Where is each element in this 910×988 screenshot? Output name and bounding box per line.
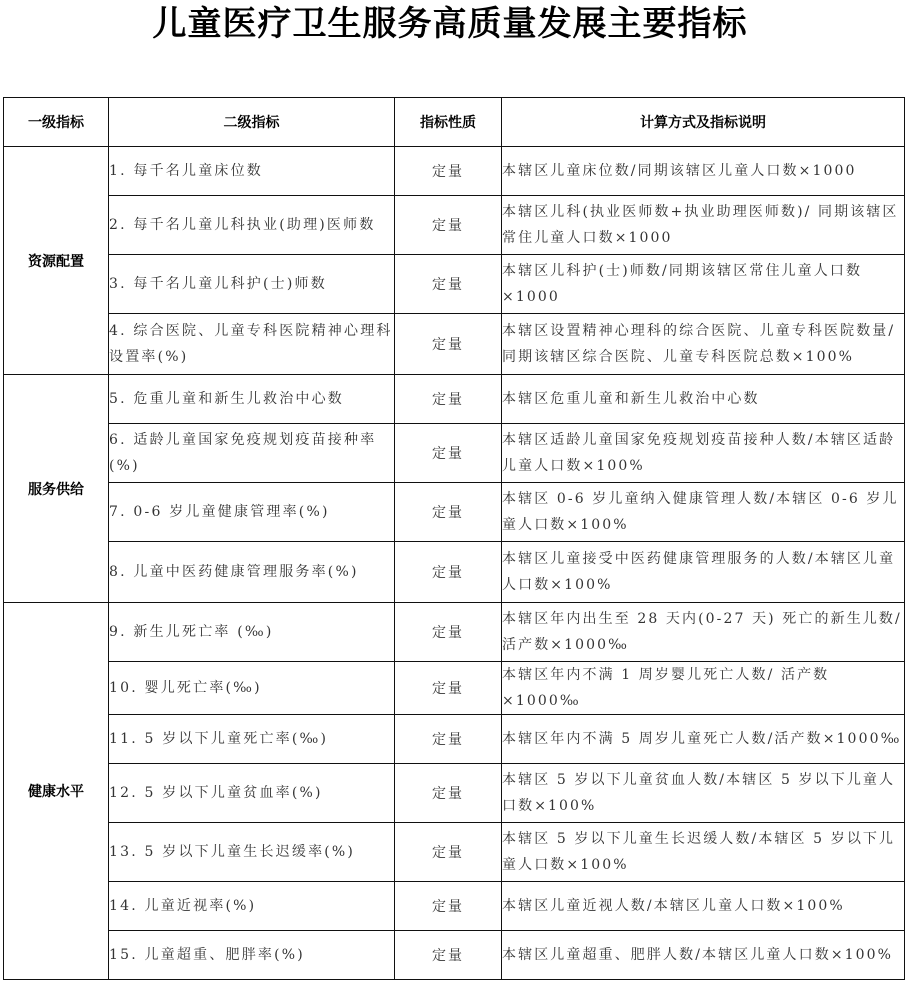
indicator-method: 本辖区 5 岁以下儿童生长迟缓人数/本辖区 5 岁以下儿童人口数×100% <box>502 823 905 882</box>
indicator-nature: 定量 <box>395 314 502 375</box>
indicator-name: 1. 每千名儿童床位数 <box>109 147 395 196</box>
indicator-name: 14. 儿童近视率(%) <box>109 882 395 931</box>
indicator-method: 本辖区危重儿童和新生儿救治中心数 <box>502 375 905 424</box>
indicator-method: 本辖区适龄儿童国家免疫规划疫苗接种人数/本辖区适龄儿童人口数×100% <box>502 424 905 483</box>
table-row: 2. 每千名儿童儿科执业(助理)医师数 定量 本辖区儿科(执业医师数+执业助理医… <box>4 196 905 255</box>
indicator-nature: 定量 <box>395 603 502 662</box>
indicator-method: 本辖区儿童接受中医药健康管理服务的人数/本辖区儿童人口数×100% <box>502 542 905 603</box>
indicator-method: 本辖区年内不满 5 周岁儿童死亡人数/活产数×1000‰ <box>502 715 905 764</box>
indicator-method: 本辖区设置精神心理科的综合医院、儿童专科医院数量/同期该辖区综合医院、儿童专科医… <box>502 314 905 375</box>
table-header-row: 一级指标 二级指标 指标性质 计算方式及指标说明 <box>4 98 905 147</box>
header-nature: 指标性质 <box>395 98 502 147</box>
indicator-nature: 定量 <box>395 764 502 823</box>
table-row: 健康水平 9. 新生儿死亡率 (‰) 定量 本辖区年内出生至 28 天内(0-2… <box>4 603 905 662</box>
indicator-name: 9. 新生儿死亡率 (‰) <box>109 603 395 662</box>
indicator-method: 本辖区儿童超重、肥胖人数/本辖区儿童人口数×100% <box>502 931 905 980</box>
table-row: 10. 婴儿死亡率(‰) 定量 本辖区年内不满 1 周岁婴儿死亡人数/ 活产数×… <box>4 662 905 715</box>
table-row: 12. 5 岁以下儿童贫血率(%) 定量 本辖区 5 岁以下儿童贫血人数/本辖区… <box>4 764 905 823</box>
indicator-name: 6. 适龄儿童国家免疫规划疫苗接种率(%) <box>109 424 395 483</box>
indicator-method: 本辖区儿科护(士)师数/同期该辖区常住儿童人口数×1000 <box>502 255 905 314</box>
group-label-health: 健康水平 <box>4 603 109 980</box>
group-label-resource: 资源配置 <box>4 147 109 375</box>
indicator-nature: 定量 <box>395 662 502 715</box>
indicator-nature: 定量 <box>395 882 502 931</box>
indicator-nature: 定量 <box>395 931 502 980</box>
document-title: 儿童医疗卫生服务高质量发展主要指标 <box>0 2 900 46</box>
indicator-name: 15. 儿童超重、肥胖率(%) <box>109 931 395 980</box>
table-row: 资源配置 1. 每千名儿童床位数 定量 本辖区儿童床位数/同期该辖区儿童人口数×… <box>4 147 905 196</box>
indicator-nature: 定量 <box>395 715 502 764</box>
indicator-method: 本辖区儿童近视人数/本辖区儿童人口数×100% <box>502 882 905 931</box>
table-row: 14. 儿童近视率(%) 定量 本辖区儿童近视人数/本辖区儿童人口数×100% <box>4 882 905 931</box>
table-row: 3. 每千名儿童儿科护(士)师数 定量 本辖区儿科护(士)师数/同期该辖区常住儿… <box>4 255 905 314</box>
indicator-name: 12. 5 岁以下儿童贫血率(%) <box>109 764 395 823</box>
indicator-name: 7. 0-6 岁儿童健康管理率(%) <box>109 483 395 542</box>
indicator-nature: 定量 <box>395 196 502 255</box>
header-level2: 二级指标 <box>109 98 395 147</box>
group-label-service: 服务供给 <box>4 375 109 603</box>
table-row: 4. 综合医院、儿童专科医院精神心理科设置率(%) 定量 本辖区设置精神心理科的… <box>4 314 905 375</box>
table-row: 8. 儿童中医药健康管理服务率(%) 定量 本辖区儿童接受中医药健康管理服务的人… <box>4 542 905 603</box>
indicator-nature: 定量 <box>395 147 502 196</box>
indicator-nature: 定量 <box>395 424 502 483</box>
table-row: 11. 5 岁以下儿童死亡率(‰) 定量 本辖区年内不满 5 周岁儿童死亡人数/… <box>4 715 905 764</box>
indicator-method: 本辖区 0-6 岁儿童纳入健康管理人数/本辖区 0-6 岁儿童人口数×100% <box>502 483 905 542</box>
indicator-method: 本辖区年内出生至 28 天内(0-27 天) 死亡的新生儿数/活产数×1000‰ <box>502 603 905 662</box>
header-method: 计算方式及指标说明 <box>502 98 905 147</box>
indicator-nature: 定量 <box>395 375 502 424</box>
indicator-nature: 定量 <box>395 823 502 882</box>
indicator-nature: 定量 <box>395 483 502 542</box>
indicator-name: 8. 儿童中医药健康管理服务率(%) <box>109 542 395 603</box>
indicator-name: 5. 危重儿童和新生儿救治中心数 <box>109 375 395 424</box>
indicator-method: 本辖区儿科(执业医师数+执业助理医师数)/ 同期该辖区常住儿童人口数×1000 <box>502 196 905 255</box>
indicator-name: 11. 5 岁以下儿童死亡率(‰) <box>109 715 395 764</box>
indicator-nature: 定量 <box>395 255 502 314</box>
table-row: 15. 儿童超重、肥胖率(%) 定量 本辖区儿童超重、肥胖人数/本辖区儿童人口数… <box>4 931 905 980</box>
indicator-name: 4. 综合医院、儿童专科医院精神心理科设置率(%) <box>109 314 395 375</box>
table-row: 6. 适龄儿童国家免疫规划疫苗接种率(%) 定量 本辖区适龄儿童国家免疫规划疫苗… <box>4 424 905 483</box>
table-row: 7. 0-6 岁儿童健康管理率(%) 定量 本辖区 0-6 岁儿童纳入健康管理人… <box>4 483 905 542</box>
indicators-table: 一级指标 二级指标 指标性质 计算方式及指标说明 资源配置 1. 每千名儿童床位… <box>3 97 905 980</box>
table-row: 13. 5 岁以下儿童生长迟缓率(%) 定量 本辖区 5 岁以下儿童生长迟缓人数… <box>4 823 905 882</box>
indicator-method: 本辖区年内不满 1 周岁婴儿死亡人数/ 活产数×1000‰ <box>502 662 905 715</box>
indicator-name: 10. 婴儿死亡率(‰) <box>109 662 395 715</box>
indicator-nature: 定量 <box>395 542 502 603</box>
indicator-name: 13. 5 岁以下儿童生长迟缓率(%) <box>109 823 395 882</box>
indicator-name: 3. 每千名儿童儿科护(士)师数 <box>109 255 395 314</box>
header-level1: 一级指标 <box>4 98 109 147</box>
indicator-name: 2. 每千名儿童儿科执业(助理)医师数 <box>109 196 395 255</box>
table-row: 服务供给 5. 危重儿童和新生儿救治中心数 定量 本辖区危重儿童和新生儿救治中心… <box>4 375 905 424</box>
indicator-method: 本辖区儿童床位数/同期该辖区儿童人口数×1000 <box>502 147 905 196</box>
indicator-method: 本辖区 5 岁以下儿童贫血人数/本辖区 5 岁以下儿童人口数×100% <box>502 764 905 823</box>
